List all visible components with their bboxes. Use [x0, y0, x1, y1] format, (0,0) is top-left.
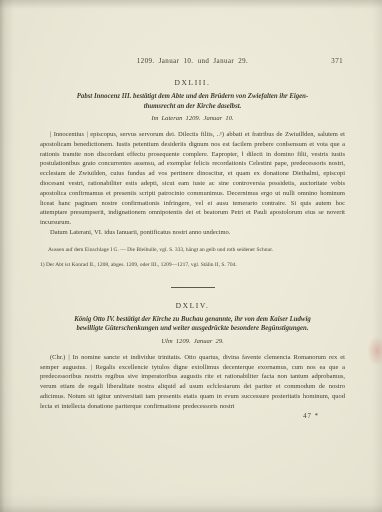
summary-line: Pabst Innocenz III. bestätigt dem Abte u…: [77, 93, 308, 100]
page-number: 371: [331, 57, 343, 65]
entry-dxliii: DXLIII. Pabst Innocenz III. bestätigt de…: [40, 78, 345, 269]
entry-dxliv: DXLIV. König Otto IV. bestätigt der Kirc…: [40, 301, 345, 420]
entry-number: DXLIV.: [40, 301, 345, 310]
section-divider: [171, 287, 215, 288]
footnote: 1) Der Abt ist Konrad II., 1208, abges. …: [40, 261, 345, 269]
scanned-book-page: 1209. Januar 10. und Januar 29. 371 DXLI…: [0, 0, 382, 512]
running-header: 1209. Januar 10. und Januar 29. 371: [40, 57, 345, 65]
summary-line: thumsrecht an der Kirche daselbst.: [144, 103, 242, 110]
entry-summary: König Otto IV. bestätigt der Kirche zu B…: [40, 315, 345, 334]
entry-dateline: Im Lateran 1209. Januar 10.: [40, 115, 345, 122]
summary-line: König Otto IV. bestätigt der Kirche zu B…: [74, 316, 311, 323]
summary-line: bewilligte Güterschenkungen und weiter a…: [76, 325, 308, 332]
entry-body: (Chr.) | In nomine sancte et individue t…: [40, 353, 345, 412]
entry-dateline: Ulm 1209. Januar 29.: [40, 338, 345, 345]
entry-number: DXLIII.: [40, 78, 345, 87]
entry-body: | Innocentius | episcopus, servus servor…: [40, 130, 345, 228]
entry-datum-line: Datum Laterani, VI. idus Ianuarii, ponti…: [40, 228, 345, 238]
page-content: 1209. Januar 10. und Januar 29. 371 DXLI…: [0, 0, 382, 512]
entry-summary: Pabst Innocenz III. bestätigt dem Abte u…: [40, 92, 345, 111]
signature-mark: 47 *: [40, 413, 345, 420]
running-header-dates: 1209. Januar 10. und Januar 29.: [137, 57, 248, 65]
provenance-note: Aussen auf dem Einschlage I G. — Die Ble…: [40, 246, 345, 254]
